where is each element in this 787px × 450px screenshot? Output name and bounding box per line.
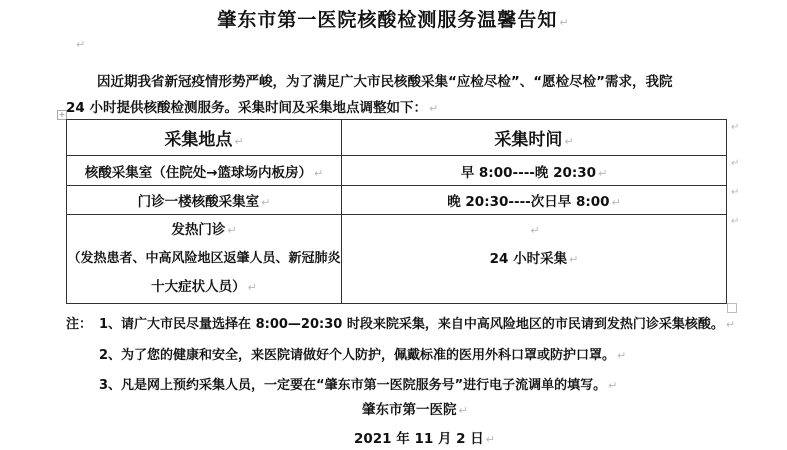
paragraph-mark-icon: ↵ bbox=[459, 404, 468, 417]
header-location: 采集地点↵ bbox=[67, 120, 342, 156]
paragraph-mark-icon: ↵ bbox=[617, 349, 626, 362]
table-row: 门诊一楼核酸采集室↵ 晚 20:30----次日早 8:00↵ bbox=[67, 186, 727, 215]
cell-time: 晚 20:30----次日早 8:00↵ bbox=[342, 186, 727, 215]
paragraph-mark-icon: ↵ bbox=[726, 318, 735, 331]
paragraph-mark-icon: ↵ bbox=[486, 433, 495, 446]
table-header-row: 采集地点↵ 采集时间↵ bbox=[67, 120, 727, 156]
paragraph-mark-icon: ↵ bbox=[227, 224, 236, 237]
notes-prefix: 注： bbox=[66, 313, 92, 332]
row-end-mark-icon: ↵ bbox=[731, 158, 739, 169]
header-time: 采集时间↵ bbox=[342, 120, 727, 156]
location-line: 发热门诊↵ bbox=[67, 216, 341, 245]
note-item-3: 3、凡是网上预约采集人员，一定要在“肇东市第一医院服务号”进行电子流调单的填写。… bbox=[99, 374, 617, 393]
cell-location: 门诊一楼核酸采集室↵ bbox=[67, 186, 342, 215]
paragraph-mark-icon: ↵ bbox=[598, 167, 607, 180]
row-end-mark-icon: ↵ bbox=[731, 216, 739, 227]
intro-line-1: 因近期我省新冠疫情形势严峻，为了满足广大市民核酸采集“应检尽检”、“愿检尽检”需… bbox=[97, 70, 673, 90]
paragraph-mark-icon: ↵ bbox=[608, 379, 617, 392]
paragraph-mark-icon: ↵ bbox=[559, 16, 569, 29]
row-end-mark-icon: ↵ bbox=[731, 122, 739, 133]
location-line: （发热患者、中高风险地区返肇人员、新冠肺炎 bbox=[67, 245, 341, 273]
signature-date: 2021 年 11 月 2 日↵ bbox=[354, 427, 495, 447]
paragraph-mark-icon: ↵ bbox=[234, 135, 243, 148]
signature-organization: 肇东市第一医院↵ bbox=[362, 398, 468, 418]
cell-time: 早 8:00----晚 20:30↵ bbox=[342, 156, 727, 186]
paragraph-mark-icon: ↵ bbox=[429, 102, 438, 115]
schedule-table: 采集地点↵ 采集时间↵ 核酸采集室（住院处→篮球场内板房）↵ 早 8:00---… bbox=[66, 119, 727, 304]
document-title: 肇东市第一医院核酸检测服务温馨告知↵ bbox=[0, 5, 787, 32]
paragraph-mark-icon: ↵ bbox=[314, 167, 323, 180]
cell-location: 发热门诊↵ （发热患者、中高风险地区返肇人员、新冠肺炎 十大症状人员）↵ bbox=[67, 215, 342, 304]
table-row: 发热门诊↵ （发热患者、中高风险地区返肇人员、新冠肺炎 十大症状人员）↵ ↵ 2… bbox=[67, 215, 727, 304]
cell-time: ↵ 24 小时采集↵ bbox=[342, 215, 727, 304]
table-row: 核酸采集室（住院处→篮球场内板房）↵ 早 8:00----晚 20:30↵ bbox=[67, 156, 727, 186]
location-line: 十大症状人员）↵ bbox=[67, 273, 341, 302]
cell-location: 核酸采集室（住院处→篮球场内板房）↵ bbox=[67, 156, 342, 186]
table-resize-handle-icon[interactable] bbox=[727, 303, 737, 313]
paragraph-mark-icon: ↵ bbox=[612, 196, 621, 209]
note-item-2: 2、为了您的健康和安全，来医院请做好个人防护，佩戴标准的医用外科口罩或防护口罩。… bbox=[99, 344, 626, 363]
paragraph-mark-icon: ↵ bbox=[569, 253, 578, 266]
paragraph-mark-icon: ↵ bbox=[530, 224, 539, 237]
row-end-mark-icon: ↵ bbox=[731, 187, 739, 198]
intro-line-2: 24 小时提供核酸检测服务。采集时间及采集地点调整如下：↵ bbox=[66, 96, 438, 116]
note-item-1: 1、请广大市民尽量选择在 8:00—20:30 时段来院采集，来自中高风险地区的… bbox=[99, 313, 735, 332]
paragraph-mark-icon: ↵ bbox=[76, 38, 85, 51]
paragraph-mark-icon: ↵ bbox=[248, 281, 257, 294]
paragraph-mark-icon: ↵ bbox=[564, 135, 573, 148]
paragraph-mark-icon: ↵ bbox=[261, 196, 270, 209]
